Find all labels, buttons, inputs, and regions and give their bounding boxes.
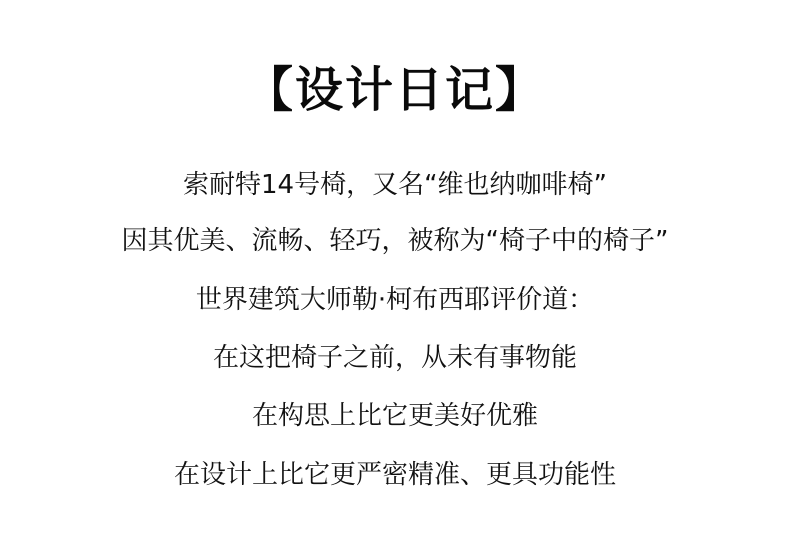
text-line-chair-name: 索耐特14号椅，又名“维也纳咖啡椅” bbox=[0, 168, 790, 202]
text-line-quote-intro: 世界建筑大师勒·柯布西耶评价道： bbox=[0, 283, 790, 317]
text-line-chair-praise: 因其优美、流畅、轻巧，被称为“椅子中的椅子” bbox=[0, 224, 790, 258]
document-page: 【设计日记】 索耐特14号椅，又名“维也纳咖啡椅” 因其优美、流畅、轻巧，被称为… bbox=[0, 0, 790, 542]
text-line-quote-2: 在构思上比它更美好优雅 bbox=[0, 399, 790, 433]
text-line-quote-1: 在这把椅子之前，从未有事物能 bbox=[0, 341, 790, 375]
page-title: 【设计日记】 bbox=[0, 58, 790, 122]
text-line-quote-3: 在设计上比它更严密精准、更具功能性 bbox=[0, 458, 790, 492]
